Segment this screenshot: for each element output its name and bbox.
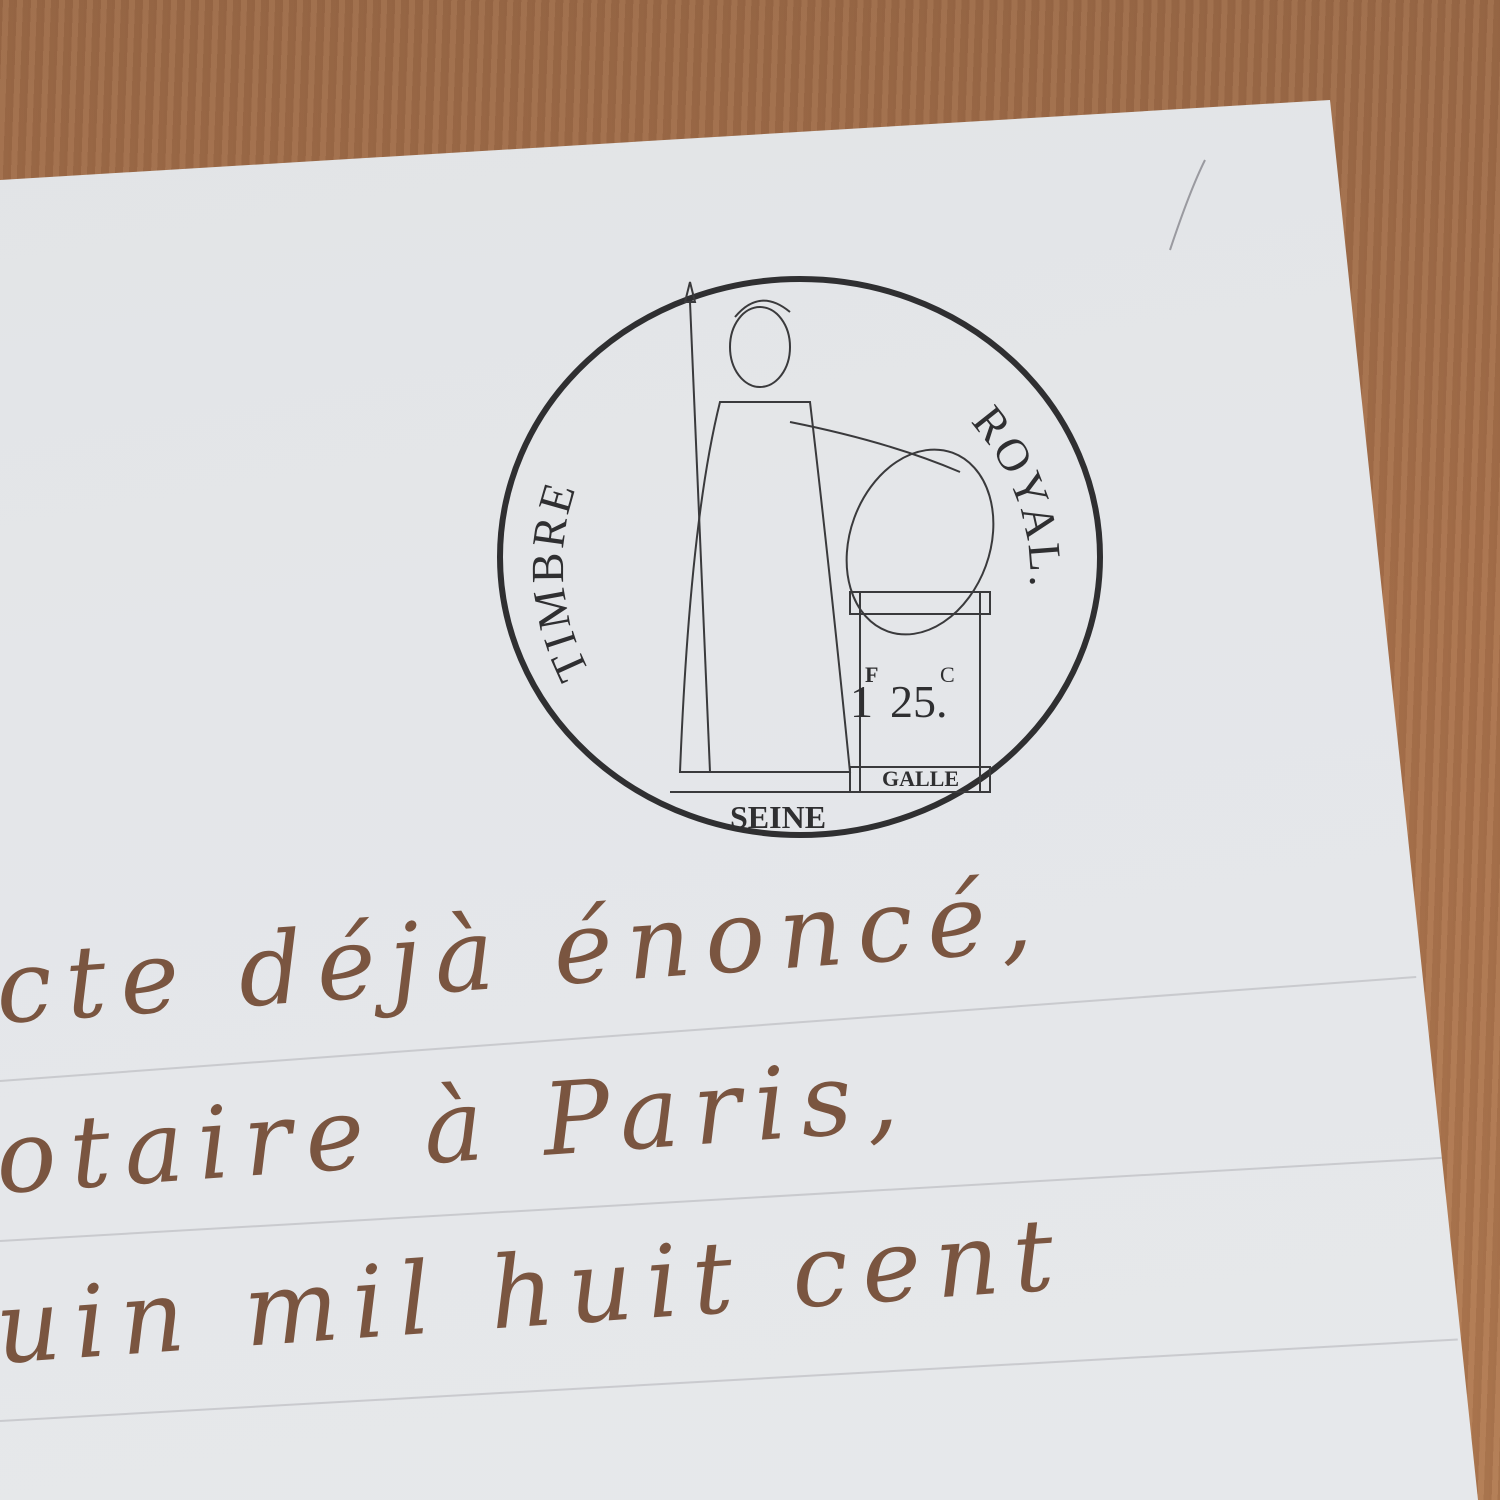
svg-text:TIMBRE: TIMBRE (522, 475, 599, 689)
timbre-royal-stamp: TIMBRE ROYAL. 1 F 25. C GALLE SEINE (490, 272, 1110, 842)
stamp-text-royal: ROYAL. (963, 396, 1072, 591)
stamp-centime-unit: C (940, 662, 955, 687)
svg-text:ROYAL.: ROYAL. (963, 396, 1072, 591)
page-number-pencil (1150, 140, 1230, 265)
stamp-franc-unit: F (865, 662, 878, 687)
minerva-figure-icon (670, 282, 1018, 792)
stamp-text-timbre: TIMBRE (522, 475, 599, 689)
stamp-engraver: GALLE (882, 766, 959, 791)
stamp-value-centimes: 25. (890, 676, 948, 727)
stamp-department: SEINE (730, 799, 826, 835)
